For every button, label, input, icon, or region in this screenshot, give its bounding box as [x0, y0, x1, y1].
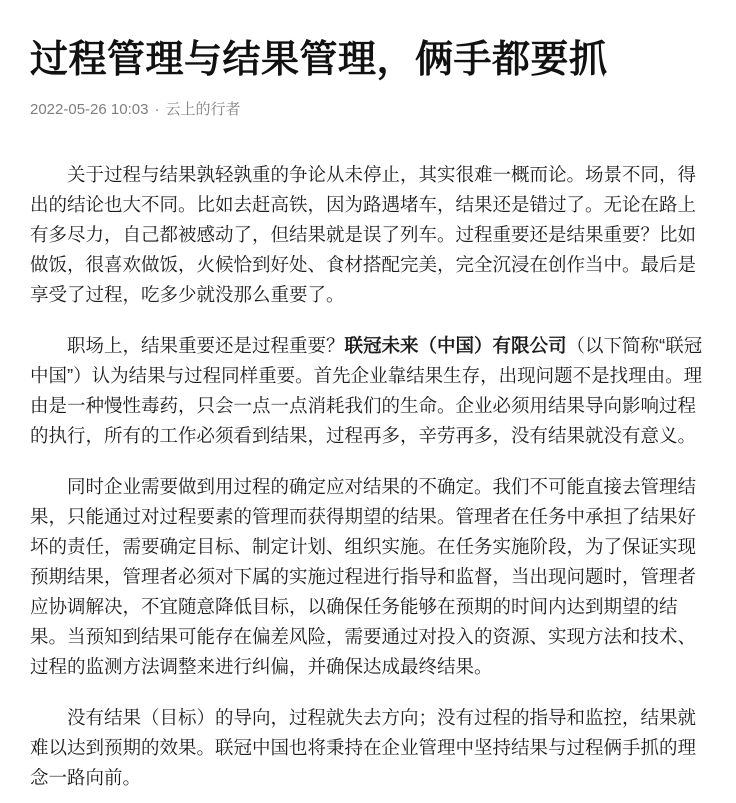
company-name: 联冠未来（中国）有限公司: [345, 335, 567, 356]
paragraph-2-text-lead: 职场上，结果重要还是过程重要？: [67, 335, 345, 356]
paragraph-3-text: 同时企业需要做到用过程的确定应对结果的不确定。我们不可能直接去管理结果，只能通过…: [30, 476, 696, 677]
paragraph-4: 没有结果（目标）的导向，过程就失去方向；没有过程的指导和监控，结果就难以达到预期…: [30, 703, 706, 793]
author-name: 云上的行者: [165, 101, 240, 118]
paragraph-4-text: 没有结果（目标）的导向，过程就失去方向；没有过程的指导和监控，结果就难以达到预期…: [30, 707, 696, 788]
article-title: 过程管理与结果管理，俩手都要抓: [30, 36, 706, 84]
paragraph-1-text: 关于过程与结果孰轻孰重的争论从未停止，其实很难一概而论。场景不同，得出的结论也大…: [30, 164, 696, 305]
paragraph-2: 职场上，结果重要还是过程重要？联冠未来（中国）有限公司（以下简称“联冠中国”）认…: [30, 331, 706, 451]
paragraph-1: 关于过程与结果孰轻孰重的争论从未停止，其实很难一概而论。场景不同，得出的结论也大…: [30, 160, 706, 310]
article-content: 关于过程与结果孰轻孰重的争论从未停止，其实很难一概而论。场景不同，得出的结论也大…: [30, 160, 706, 793]
article-meta: 2022-05-26 10:03·云上的行者: [30, 100, 706, 120]
meta-separator: ·: [154, 101, 159, 118]
article-page: 过程管理与结果管理，俩手都要抓 2022-05-26 10:03·云上的行者 关…: [0, 36, 736, 793]
paragraph-3: 同时企业需要做到用过程的确定应对结果的不确定。我们不可能直接去管理结果，只能通过…: [30, 472, 706, 682]
publish-datetime: 2022-05-26 10:03: [30, 101, 148, 118]
